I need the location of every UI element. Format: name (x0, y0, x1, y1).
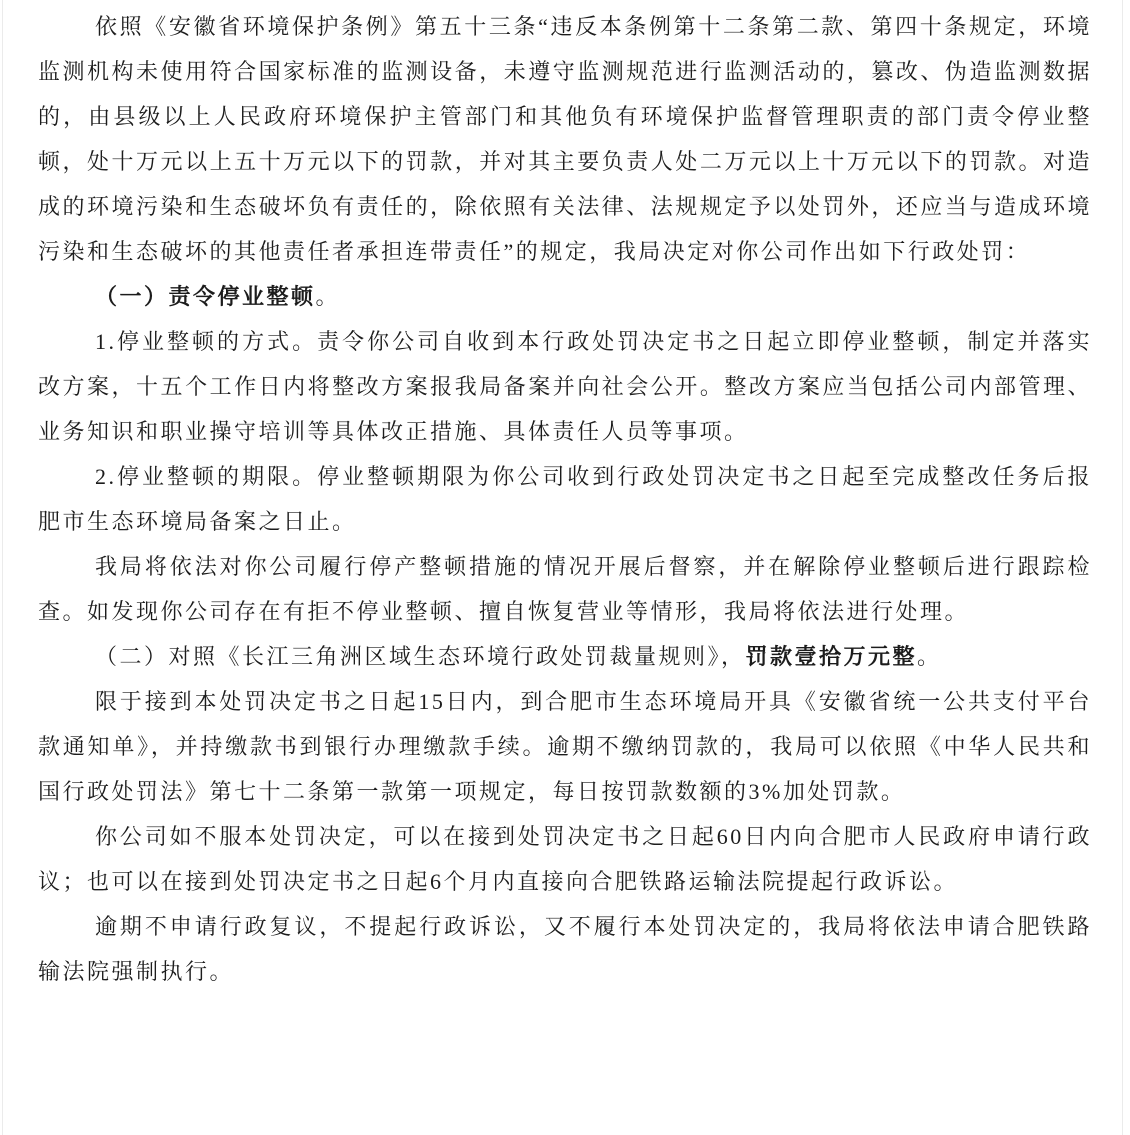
text-line: 逾期不申请行政复议，不提起行政诉讼，又不履行本处罚决定的，我局将依法申请合肥铁路… (38, 904, 1092, 949)
body-text: 肥市生态环境局备案之日止。 (38, 509, 357, 534)
body-text: 依照《安徽省环境保护条例》第五十三条“违反本条例第十二条第二款、第四十条规定，环… (95, 14, 1092, 39)
body-text: 污染和生态破坏的其他责任者承担连带责任”的规定，我局决定对你公司作出如下行政处罚… (38, 239, 1030, 264)
body-text: 业务知识和职业操守培训等具体改正措施、具体责任人员等事项。 (38, 419, 749, 444)
text-line: 依照《安徽省环境保护条例》第五十三条“违反本条例第十二条第二款、第四十条规定，环… (38, 4, 1092, 49)
text-line: 监测机构未使用符合国家标准的监测设备，未遵守监测规范进行监测活动的，篡改、伪造监… (38, 49, 1092, 94)
text-line: 议；也可以在接到处罚决定书之日起6个月内直接向合肥铁路运输法院提起行政诉讼。 (38, 859, 1092, 904)
text-line: 查。如发现你公司存在有拒不停业整顿、擅自恢复营业等情形，我局将依法进行处理。 (38, 589, 1092, 634)
body-text: 成的环境污染和生态破坏负有责任的，除依照有关法律、法规规定予以处罚外，还应当与造… (38, 194, 1092, 219)
body-text: 国行政处罚法》第七十二条第一款第一项规定，每日按罚款数额的3%加处罚款。 (38, 779, 905, 804)
body-text: 。 (316, 284, 341, 309)
document-page: 依照《安徽省环境保护条例》第五十三条“违反本条例第十二条第二款、第四十条规定，环… (0, 0, 1130, 1135)
text-line: 你公司如不服本处罚决定，可以在接到处罚决定书之日起60日内向合肥市人民政府申请行… (38, 814, 1092, 859)
bold-text: （一）责令停业整顿 (95, 284, 316, 309)
text-line: 顿，处十万元以上五十万元以下的罚款，并对其主要负责人处二万元以上十万元以下的罚款… (38, 139, 1092, 184)
body-text: 。 (917, 644, 942, 669)
body-text: 1.停业整顿的方式。责令你公司自收到本行政处罚决定书之日起立即停业整顿，制定并落… (95, 329, 1092, 364)
text-line: 限于接到本处罚决定书之日起15日内，到合肥市生态环境局开具《安徽省统一公共支付平… (38, 679, 1092, 724)
bold-text: 罚款壹拾万元整 (746, 644, 918, 669)
body-text: 款通知单》，并持缴款书到银行办理缴款手续。逾期不缴纳罚款的，我局可以依照《中华人… (38, 734, 1092, 759)
text-line: 1.停业整顿的方式。责令你公司自收到本行政处罚决定书之日起立即停业整顿，制定并落… (38, 319, 1092, 364)
body-text: 顿，处十万元以上五十万元以下的罚款，并对其主要负责人处二万元以上十万元以下的罚款… (38, 149, 1092, 174)
body-text: （二）对照《长江三角洲区域生态环境行政处罚裁量规则》， (95, 644, 746, 669)
body-text: 查。如发现你公司存在有拒不停业整顿、擅自恢复营业等情形，我局将依法进行处理。 (38, 599, 969, 624)
text-line: 款通知单》，并持缴款书到银行办理缴款手续。逾期不缴纳罚款的，我局可以依照《中华人… (38, 724, 1092, 769)
body-text: 改方案，十五个工作日内将整改方案报我局备案并向社会公开。整改方案应当包括公司内部… (38, 374, 1092, 399)
text-line: （二）对照《长江三角洲区域生态环境行政处罚裁量规则》，罚款壹拾万元整。 (38, 634, 1092, 679)
body-text: 监测机构未使用符合国家标准的监测设备，未遵守监测规范进行监测活动的，篡改、伪造监… (38, 59, 1092, 84)
body-text: 逾期不申请行政复议，不提起行政诉讼，又不履行本处罚决定的，我局将依法申请合肥铁路… (95, 914, 1092, 949)
body-text: 的，由县级以上人民政府环境保护主管部门和其他负有环境保护监督管理职责的部门责令停… (38, 104, 1092, 129)
body-text: 限于接到本处罚决定书之日起15日内，到合肥市生态环境局开具《安徽省统一公共支付平… (95, 689, 1092, 724)
body-text: 我局将依法对你公司履行停产整顿措施的情况开展后督察，并在解除停业整顿后进行跟踪检 (95, 554, 1092, 579)
text-line: 的，由县级以上人民政府环境保护主管部门和其他负有环境保护监督管理职责的部门责令停… (38, 94, 1092, 139)
text-line: 2.停业整顿的期限。停业整顿期限为你公司收到行政处罚决定书之日起至完成整改任务后… (38, 454, 1092, 499)
page-right-edge-line (1122, 0, 1123, 1135)
text-line: 业务知识和职业操守培训等具体改正措施、具体责任人员等事项。 (38, 409, 1092, 454)
text-line: 污染和生态破坏的其他责任者承担连带责任”的规定，我局决定对你公司作出如下行政处罚… (38, 229, 1092, 274)
text-line: （一）责令停业整顿。 (38, 274, 1092, 319)
text-line: 我局将依法对你公司履行停产整顿措施的情况开展后督察，并在解除停业整顿后进行跟踪检 (38, 544, 1092, 589)
body-text: 你公司如不服本处罚决定，可以在接到处罚决定书之日起60日内向合肥市人民政府申请行… (95, 824, 1092, 859)
document-body: 依照《安徽省环境保护条例》第五十三条“违反本条例第十二条第二款、第四十条规定，环… (38, 4, 1092, 994)
page-left-edge-line (2, 0, 3, 1135)
text-line: 成的环境污染和生态破坏负有责任的，除依照有关法律、法规规定予以处罚外，还应当与造… (38, 184, 1092, 229)
text-line: 输法院强制执行。 (38, 949, 1092, 994)
body-text: 2.停业整顿的期限。停业整顿期限为你公司收到行政处罚决定书之日起至完成整改任务后… (95, 464, 1092, 499)
text-line: 改方案，十五个工作日内将整改方案报我局备案并向社会公开。整改方案应当包括公司内部… (38, 364, 1092, 409)
body-text: 输法院强制执行。 (38, 959, 234, 984)
text-line: 肥市生态环境局备案之日止。 (38, 499, 1092, 544)
body-text: 议；也可以在接到处罚决定书之日起6个月内直接向合肥铁路运输法院提起行政诉讼。 (38, 869, 958, 894)
text-line: 国行政处罚法》第七十二条第一款第一项规定，每日按罚款数额的3%加处罚款。 (38, 769, 1092, 814)
